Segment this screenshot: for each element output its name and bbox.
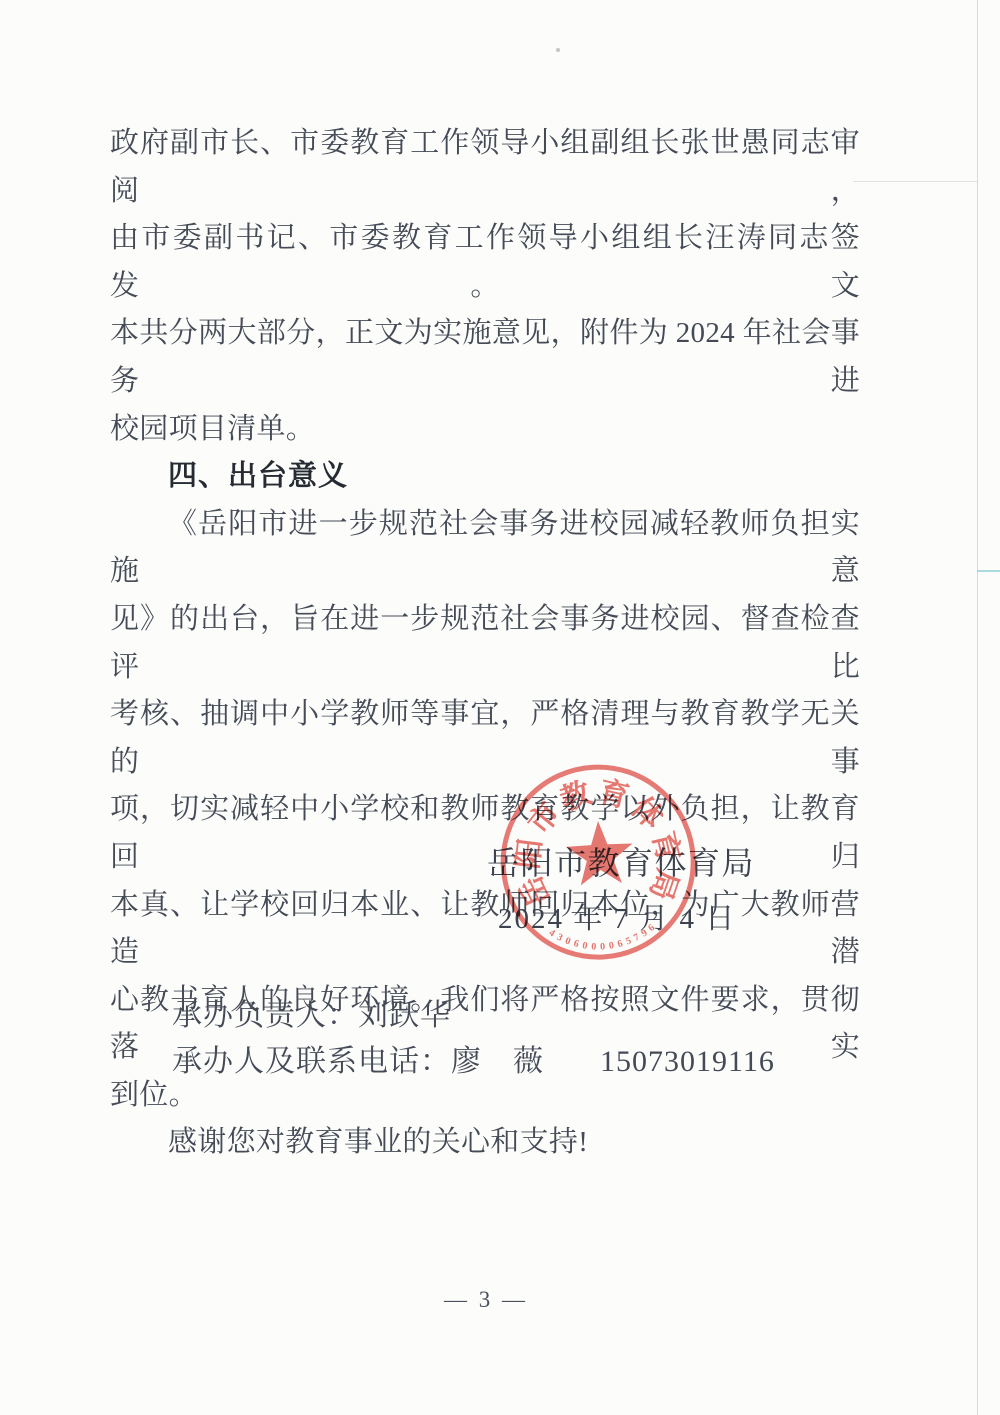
svg-text:岳: 岳 <box>514 871 557 912</box>
official-seal-stamp-icon: 岳阳市教育体育局4306000065796 <box>492 751 707 966</box>
scan-edge-line <box>977 0 978 1415</box>
svg-text:4: 4 <box>547 927 557 939</box>
paragraph2-line: 《岳阳市进一步规范社会事务进校园减轻教师负担实施意 <box>110 501 860 596</box>
svg-text:局: 局 <box>643 865 684 904</box>
svg-text:0: 0 <box>582 940 589 952</box>
svg-text:7: 7 <box>632 932 641 944</box>
svg-text:育: 育 <box>646 828 686 865</box>
svg-text:3: 3 <box>555 932 564 944</box>
contact-phone-line: 承办人及联系电话：廖 薇15073019116 <box>172 1039 775 1085</box>
paragraph2-line: 考核、抽调中小学教师等事宜，严格清理与教育教学无关的事 <box>110 691 860 786</box>
page-number: — 3 — <box>0 1287 986 1313</box>
contact-phone-number: 15073019116 <box>600 1045 775 1078</box>
scan-artifact-mark <box>977 570 1000 572</box>
section-heading: 四、出台意义 <box>110 453 860 501</box>
paragraph2-line: 见》的出台，旨在进一步规范社会事务进校园、督查检查评比 <box>110 596 860 691</box>
scan-artifact-dot <box>556 48 560 52</box>
paragraph1-line: 本共分两大部分，正文为实施意见，附件为 2024 年社会事务进 <box>110 310 860 405</box>
paragraph1-line: 政府副市长、市委教育工作领导小组副组长张世愚同志审阅， <box>110 120 860 215</box>
svg-text:阳: 阳 <box>511 837 547 871</box>
svg-text:5: 5 <box>624 935 633 947</box>
svg-text:0: 0 <box>591 941 597 952</box>
contact-person-line: 承办负责人：刘跃华 <box>172 993 775 1039</box>
svg-text:6: 6 <box>572 938 580 950</box>
paragraph2-line: 本真、让学校回归本业、让教师回归本位，为广大教师营造潜 <box>110 882 860 977</box>
svg-text:0: 0 <box>608 940 615 952</box>
svg-text:6: 6 <box>646 922 657 934</box>
svg-text:体: 体 <box>625 791 670 836</box>
scan-artifact-line <box>853 181 977 182</box>
svg-text:育: 育 <box>595 774 632 814</box>
closing-line: 感谢您对教育事业的关心和支持! <box>110 1119 860 1167</box>
svg-text:市: 市 <box>522 797 567 841</box>
contact-block: 承办负责人：刘跃华 承办人及联系电话：廖 薇15073019116 <box>172 993 775 1085</box>
paragraph1-line: 由市委副书记、市委教育工作领导小组组长汪涛同志签发。文 <box>110 215 860 310</box>
contact-phone-label: 承办人及联系电话：廖 薇 <box>172 1045 544 1078</box>
svg-text:教: 教 <box>556 776 596 817</box>
document-page: 政府副市长、市委教育工作领导小组副组长张世愚同志审阅， 由市委副书记、市委教育工… <box>0 0 1000 1415</box>
svg-text:0: 0 <box>563 935 572 947</box>
svg-text:6: 6 <box>616 938 624 950</box>
paragraph1-line: 校园项目清单。 <box>110 406 860 454</box>
svg-text:0: 0 <box>600 941 606 952</box>
